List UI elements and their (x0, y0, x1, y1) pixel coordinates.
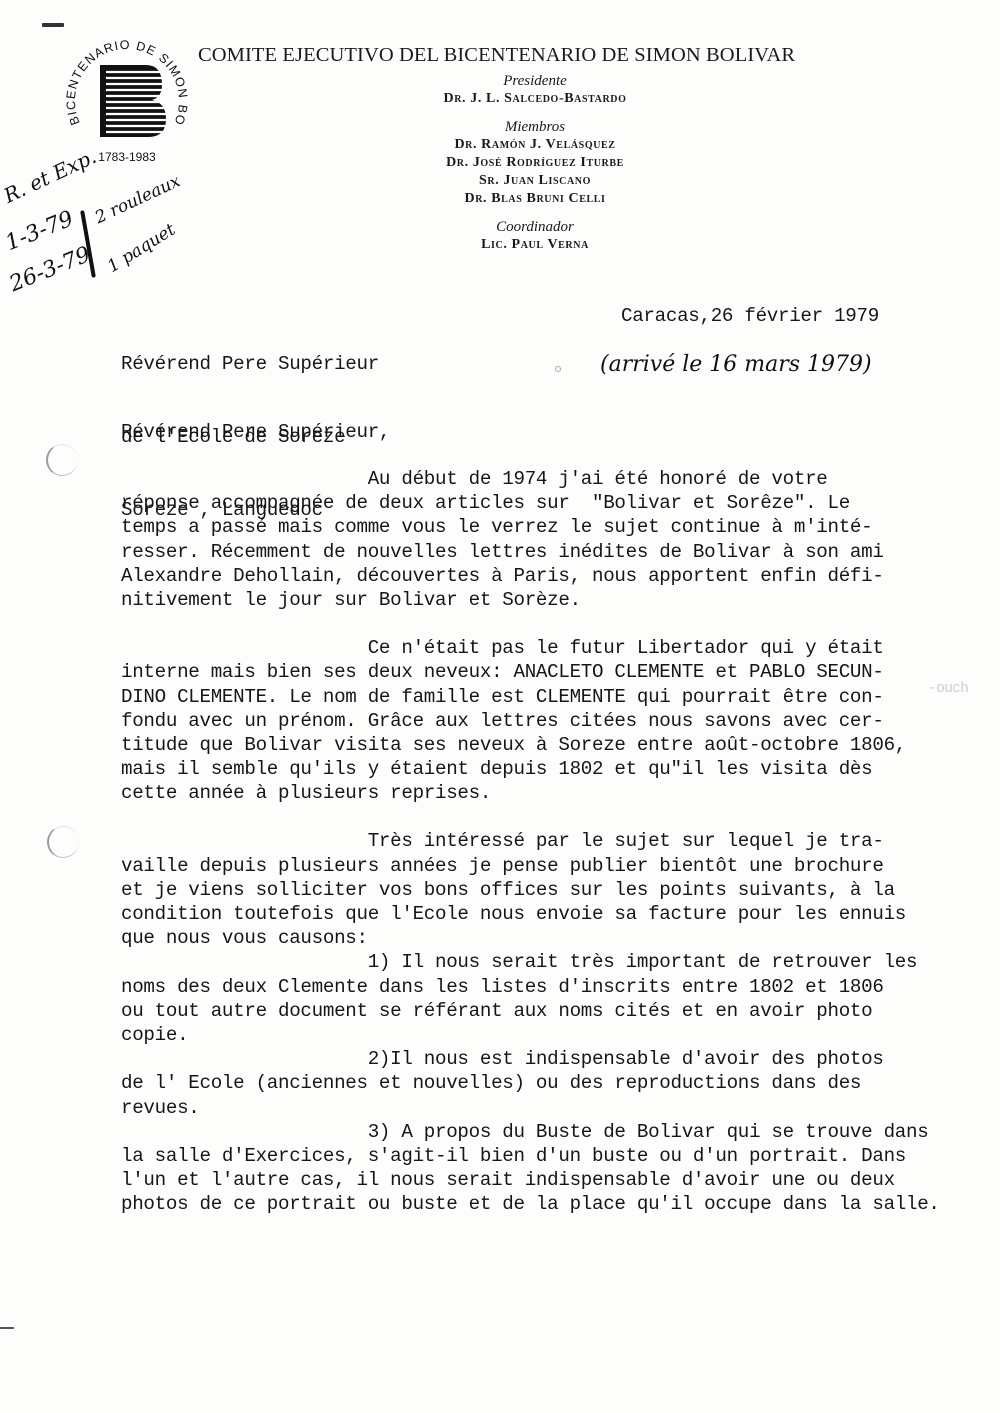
hole-punch (47, 826, 79, 858)
dateline: Caracas,26 février 1979 (621, 304, 879, 328)
committee-member-name: Dr. Blas Bruni Celli (380, 190, 690, 208)
logo-years: 1783-1983 (98, 150, 156, 164)
bicentenario-logo: BICENTENARIO DE SIMON BOLIVAR 1783-1983 (62, 35, 192, 165)
text-line: la salle d'Exercices, s'agit-il bien d'u… (121, 1144, 940, 1168)
text-line: copie. (121, 1023, 940, 1047)
hole-punch (46, 444, 78, 476)
request-item: 3) A propos du Buste de Bolivar qui se t… (121, 1120, 940, 1217)
request-item: 1) Il nous serait très important de retr… (121, 950, 940, 1047)
text-line: nitivement le jour sur Bolivar et Sorèze… (121, 588, 940, 612)
paragraph: Ce n'était pas le futur Libertador qui y… (121, 636, 940, 805)
request-item: 2)Il nous est indispensable d'avoir des … (121, 1047, 940, 1120)
text-line: Au début de 1974 j'ai été honoré de votr… (121, 467, 940, 491)
text-line: mais il semble qu'ils y étaient depuis 1… (121, 757, 940, 781)
letterhead-title: COMITE EJECUTIVO DEL BICENTENARIO DE SIM… (198, 44, 802, 67)
striped-b-monogram-icon (100, 65, 166, 137)
text-line: que nous vous causons: (121, 926, 940, 950)
scan-edge-mark (0, 1327, 14, 1329)
text-line: interne mais bien ses deux neveux: ANACL… (121, 660, 940, 684)
text-line: revues. (121, 1096, 940, 1120)
text-line: de l' Ecole (anciennes et nouvelles) ou … (121, 1071, 940, 1095)
text-line: cette année à plusieurs reprises. (121, 781, 940, 805)
text-line: resser. Récemment de nouvelles lettres i… (121, 540, 940, 564)
text-line: condition toutefois que l'Ecole nous env… (121, 902, 940, 926)
margin-note-1: R. et Exp. (0, 144, 100, 208)
paragraph: Au début de 1974 j'ai été honoré de votr… (121, 467, 940, 612)
text-line: DINO CLEMENTE. Le nom de famille est CLE… (121, 685, 940, 709)
text-line: vaille depuis plusieurs années je pense … (121, 854, 940, 878)
committee-list: PresidenteDr. J. L. Salcedo-BastardoMiem… (380, 72, 690, 254)
margin-note-right-2: 1 paquet (104, 220, 179, 277)
text-line: fondu avec un prénom. Grâce aux lettres … (121, 709, 940, 733)
paragraph: Très intéressé par le sujet sur lequel j… (121, 829, 940, 950)
text-line: titude que Bolivar visita ses neveux à S… (121, 733, 940, 757)
committee-role: Coordinador (380, 218, 690, 236)
text-line: Très intéressé par le sujet sur lequel j… (121, 829, 940, 853)
text-line: photos de ce portrait ou buste et de la … (121, 1192, 940, 1216)
committee-member-name: Sr. Juan Liscano (380, 172, 690, 190)
committee-role: Miembros (380, 118, 690, 136)
text-line: ou tout autre document se référant aux n… (121, 999, 940, 1023)
committee-member-name: Dr. Ramón J. Velásquez (380, 136, 690, 154)
text-line: l'un et l'autre cas, il nous serait indi… (121, 1168, 940, 1192)
text-line: Ce n'était pas le futur Libertador qui y… (121, 636, 940, 660)
scan-speck (42, 23, 64, 27)
text-line: Alexandre Dehollain, découvertes à Paris… (121, 564, 940, 588)
text-line: 1) Il nous serait très important de retr… (121, 950, 940, 974)
text-line: noms des deux Clemente dans les listes d… (121, 975, 940, 999)
text-line: réponse accompagnée de deux articles sur… (121, 491, 940, 515)
letter-body: Au début de 1974 j'ai été honoré de votr… (121, 467, 940, 1216)
text-line: 2)Il nous est indispensable d'avoir des … (121, 1047, 940, 1071)
committee-member-name: Dr. J. L. Salcedo-Bastardo (380, 90, 690, 108)
text-line: temps a passé mais comme vous le verrez … (121, 515, 940, 539)
committee-role: Presidente (380, 72, 690, 90)
committee-member-name: Dr. José Rodríguez Iturbe (380, 154, 690, 172)
text-line: et je viens solliciter vos bons offices … (121, 878, 940, 902)
arrival-note: (arrivé le 16 mars 1979) (600, 352, 872, 377)
scan-dot (555, 366, 561, 372)
salutation: Révérend Pere Supérieur, (121, 420, 390, 444)
margin-note-right-1: 2 rouleaux (92, 171, 184, 228)
text-line: 3) A propos du Buste de Bolivar qui se t… (121, 1120, 940, 1144)
recipient-line: Révérend Pere Supérieur (121, 352, 379, 376)
committee-member-name: Lic. Paul Verna (380, 236, 690, 254)
